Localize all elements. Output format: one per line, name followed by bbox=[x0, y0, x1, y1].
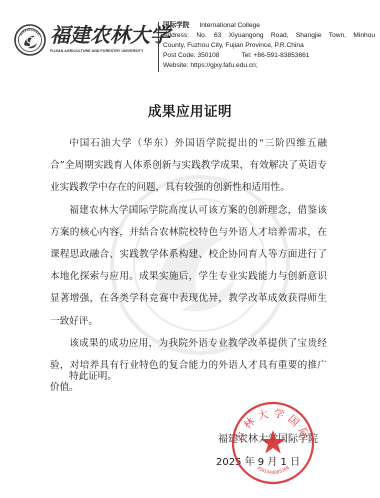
college-name-cn: 国际学院 bbox=[163, 22, 189, 29]
closing-statement: 特此证明。 bbox=[69, 368, 117, 382]
website: Website: https://gjxy.fafu.edu.cn; bbox=[163, 61, 375, 71]
address-line-2: County, Fuzhou City, Fujian Province, P.… bbox=[163, 41, 375, 51]
college-name-en: International College bbox=[199, 22, 259, 29]
contact-info: 国际学院International College Address: No. 6… bbox=[163, 21, 375, 71]
university-emblem-icon bbox=[14, 24, 46, 56]
letterhead-divider bbox=[158, 22, 159, 72]
letterhead: 福建农林大学 FUJIAN AGRICULTURE AND FORESTRY U… bbox=[0, 0, 380, 75]
paragraph-2: 福建农林大学国际学院高度认可该方案的创新理念，借鉴该方案的核心内容，并结合农林院… bbox=[50, 200, 327, 333]
postcode-tel-line: Post Code: 350108Tel: +86-591-83853661 bbox=[163, 51, 375, 61]
university-name-en: FUJIAN AGRICULTURE AND FORESTRY UNIVERSI… bbox=[50, 49, 143, 53]
telephone: Tel: +86-591-83853661 bbox=[241, 52, 309, 59]
document-body: 中国石油大学（华东）外国语学院提出的“三阶四维五融合”全周期实践育人体系创新与实… bbox=[50, 133, 327, 399]
signature-block: 福建农林大学国际学院 2025 年 9 月 1 日 bbox=[218, 430, 318, 468]
paragraph-1: 中国石油大学（华东）外国语学院提出的“三阶四维五融合”全周期实践育人体系创新与实… bbox=[50, 133, 327, 200]
post-code: Post Code: 350108 bbox=[163, 52, 219, 59]
university-logo: 福建农林大学 FUJIAN AGRICULTURE AND FORESTRY U… bbox=[14, 22, 154, 60]
document-title: 成果应用证明 bbox=[0, 100, 380, 120]
signing-organization: 福建农林大学国际学院 bbox=[218, 430, 318, 445]
signing-date: 2025 年 9 月 1 日 bbox=[216, 453, 318, 468]
college-line: 国际学院International College bbox=[163, 21, 375, 31]
address-line-1: Address: No. 63 Xiyuangong Road, Shangji… bbox=[163, 31, 375, 41]
university-name-cn: 福建农林大学 bbox=[50, 22, 170, 48]
paragraph-3: 该成果的成功应用，为我院外语专业教学改革提供了宝贵经验，对培养具有行业特色的复合… bbox=[50, 333, 327, 400]
